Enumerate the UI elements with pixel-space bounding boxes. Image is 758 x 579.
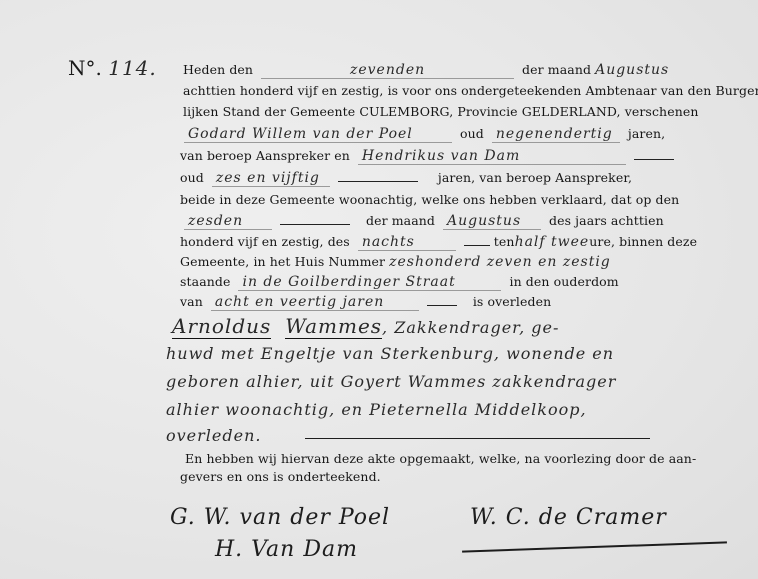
hand-declarant-1-name: Godard Willem van der Poel <box>184 126 452 143</box>
blank-line <box>427 295 457 306</box>
signature-rule <box>462 541 727 552</box>
line-8: zesden der maand Augustus des jaars acht… <box>180 213 664 230</box>
hand-time-of-day: nachts <box>358 234 456 251</box>
record-number: N°. 114. <box>68 56 157 80</box>
hand-body-line-4: alhier woonachtig, en Pieternella Middel… <box>166 402 587 418</box>
printed-jaren: jaren, <box>628 126 665 141</box>
signature-3: H. Van Dam <box>215 537 358 562</box>
printed-heden-den: Heden den <box>183 62 253 77</box>
line-6: oud zes en vijftig jaren, van beroep Aan… <box>180 170 632 187</box>
printed-der-maand: der maand <box>366 213 435 228</box>
hand-death-month: Augustus <box>443 213 541 230</box>
line-5: van beroep Aanspreker en Hendrikus van D… <box>180 148 674 165</box>
hand-body-line-2: huwd met Engeltje van Sterkenburg, wonen… <box>166 346 614 362</box>
hand-death-day: zesden <box>184 213 272 230</box>
hand-declarant-2-age: zes en vijftig <box>212 170 330 187</box>
hand-house-number: zeshonderd zeven en zestig <box>389 254 611 270</box>
hand-month: Augustus <box>595 62 669 78</box>
deceased-first-name: Arnoldus <box>172 314 271 339</box>
hand-occupation: , Zakkendrager, ge- <box>382 318 559 337</box>
printed-ouderdom: in den ouderdom <box>509 274 618 289</box>
blank-line <box>280 214 350 225</box>
line-2: achttien honderd vijf en zestig, is voor… <box>183 83 758 99</box>
signature-2: W. C. de Cramer <box>470 505 667 530</box>
printed-beroep: van beroep Aanspreker en <box>180 148 350 163</box>
line-7: beide in deze Gemeente woonachtig, welke… <box>180 192 679 208</box>
printed-des-jaars: des jaars achttien <box>549 213 664 228</box>
hand-hour: half twee <box>515 234 590 250</box>
hand-declarant-2-name: Hendrikus van Dam <box>358 148 626 165</box>
line-10: Gemeente, in het Huis Nummer zeshonderd … <box>180 254 611 270</box>
printed-van: van <box>180 294 203 309</box>
blank-line <box>338 171 418 182</box>
closing-line-2: gevers en ons is onderteekend. <box>180 469 381 485</box>
printed-oud: oud <box>460 126 484 141</box>
hand-day: zevenden <box>261 62 514 79</box>
line-12: van acht en veertig jaren is overleden <box>180 294 551 311</box>
signature-1: G. W. van der Poel <box>170 505 390 530</box>
printed-staande: staande <box>180 274 231 289</box>
printed-huis-nummer: Gemeente, in het Huis Nummer <box>180 254 385 269</box>
number-value: 114. <box>108 56 157 80</box>
scanned-document: N°. 114. Heden den zevenden der maand Au… <box>0 0 758 579</box>
printed-der-maand: der maand <box>522 62 591 77</box>
deceased-last-name: Wammes <box>285 314 382 339</box>
line-9: honderd vijf en zestig, des nachts tenha… <box>180 234 697 251</box>
blank-line <box>634 149 674 160</box>
deceased-line: Arnoldus Wammes, Zakkendrager, ge- <box>172 318 559 337</box>
closing-rule <box>305 438 650 439</box>
hand-body-line-5: overleden. <box>166 428 261 444</box>
printed-ten: ten <box>494 234 515 249</box>
blank-line <box>464 235 490 246</box>
printed-oud: oud <box>180 170 204 185</box>
hand-street: in de Goilberdinger Straat <box>238 274 501 291</box>
printed-honderd: honderd vijf en zestig, des <box>180 234 350 249</box>
printed-is-overleden: is overleden <box>473 294 551 309</box>
hand-deceased-age: acht en veertig jaren <box>211 294 419 311</box>
number-label: N°. <box>68 56 102 80</box>
printed-jaren-beroep: jaren, van beroep Aanspreker, <box>438 170 632 185</box>
line-3: lijken Stand der Gemeente CULEMBORG, Pro… <box>183 104 699 120</box>
line-11: staande in de Goilberdinger Straat in de… <box>180 274 619 291</box>
printed-ure: ure, binnen deze <box>589 234 697 249</box>
line-1: Heden den zevenden der maand Augustus <box>183 62 669 79</box>
closing-line-1: En hebben wij hiervan deze akte opgemaak… <box>185 451 696 467</box>
line-4: Godard Willem van der Poel oud negenende… <box>180 126 665 143</box>
hand-declarant-1-age: negenendertig <box>492 126 620 143</box>
hand-body-line-3: geboren alhier, uit Goyert Wammes zakken… <box>166 374 616 390</box>
